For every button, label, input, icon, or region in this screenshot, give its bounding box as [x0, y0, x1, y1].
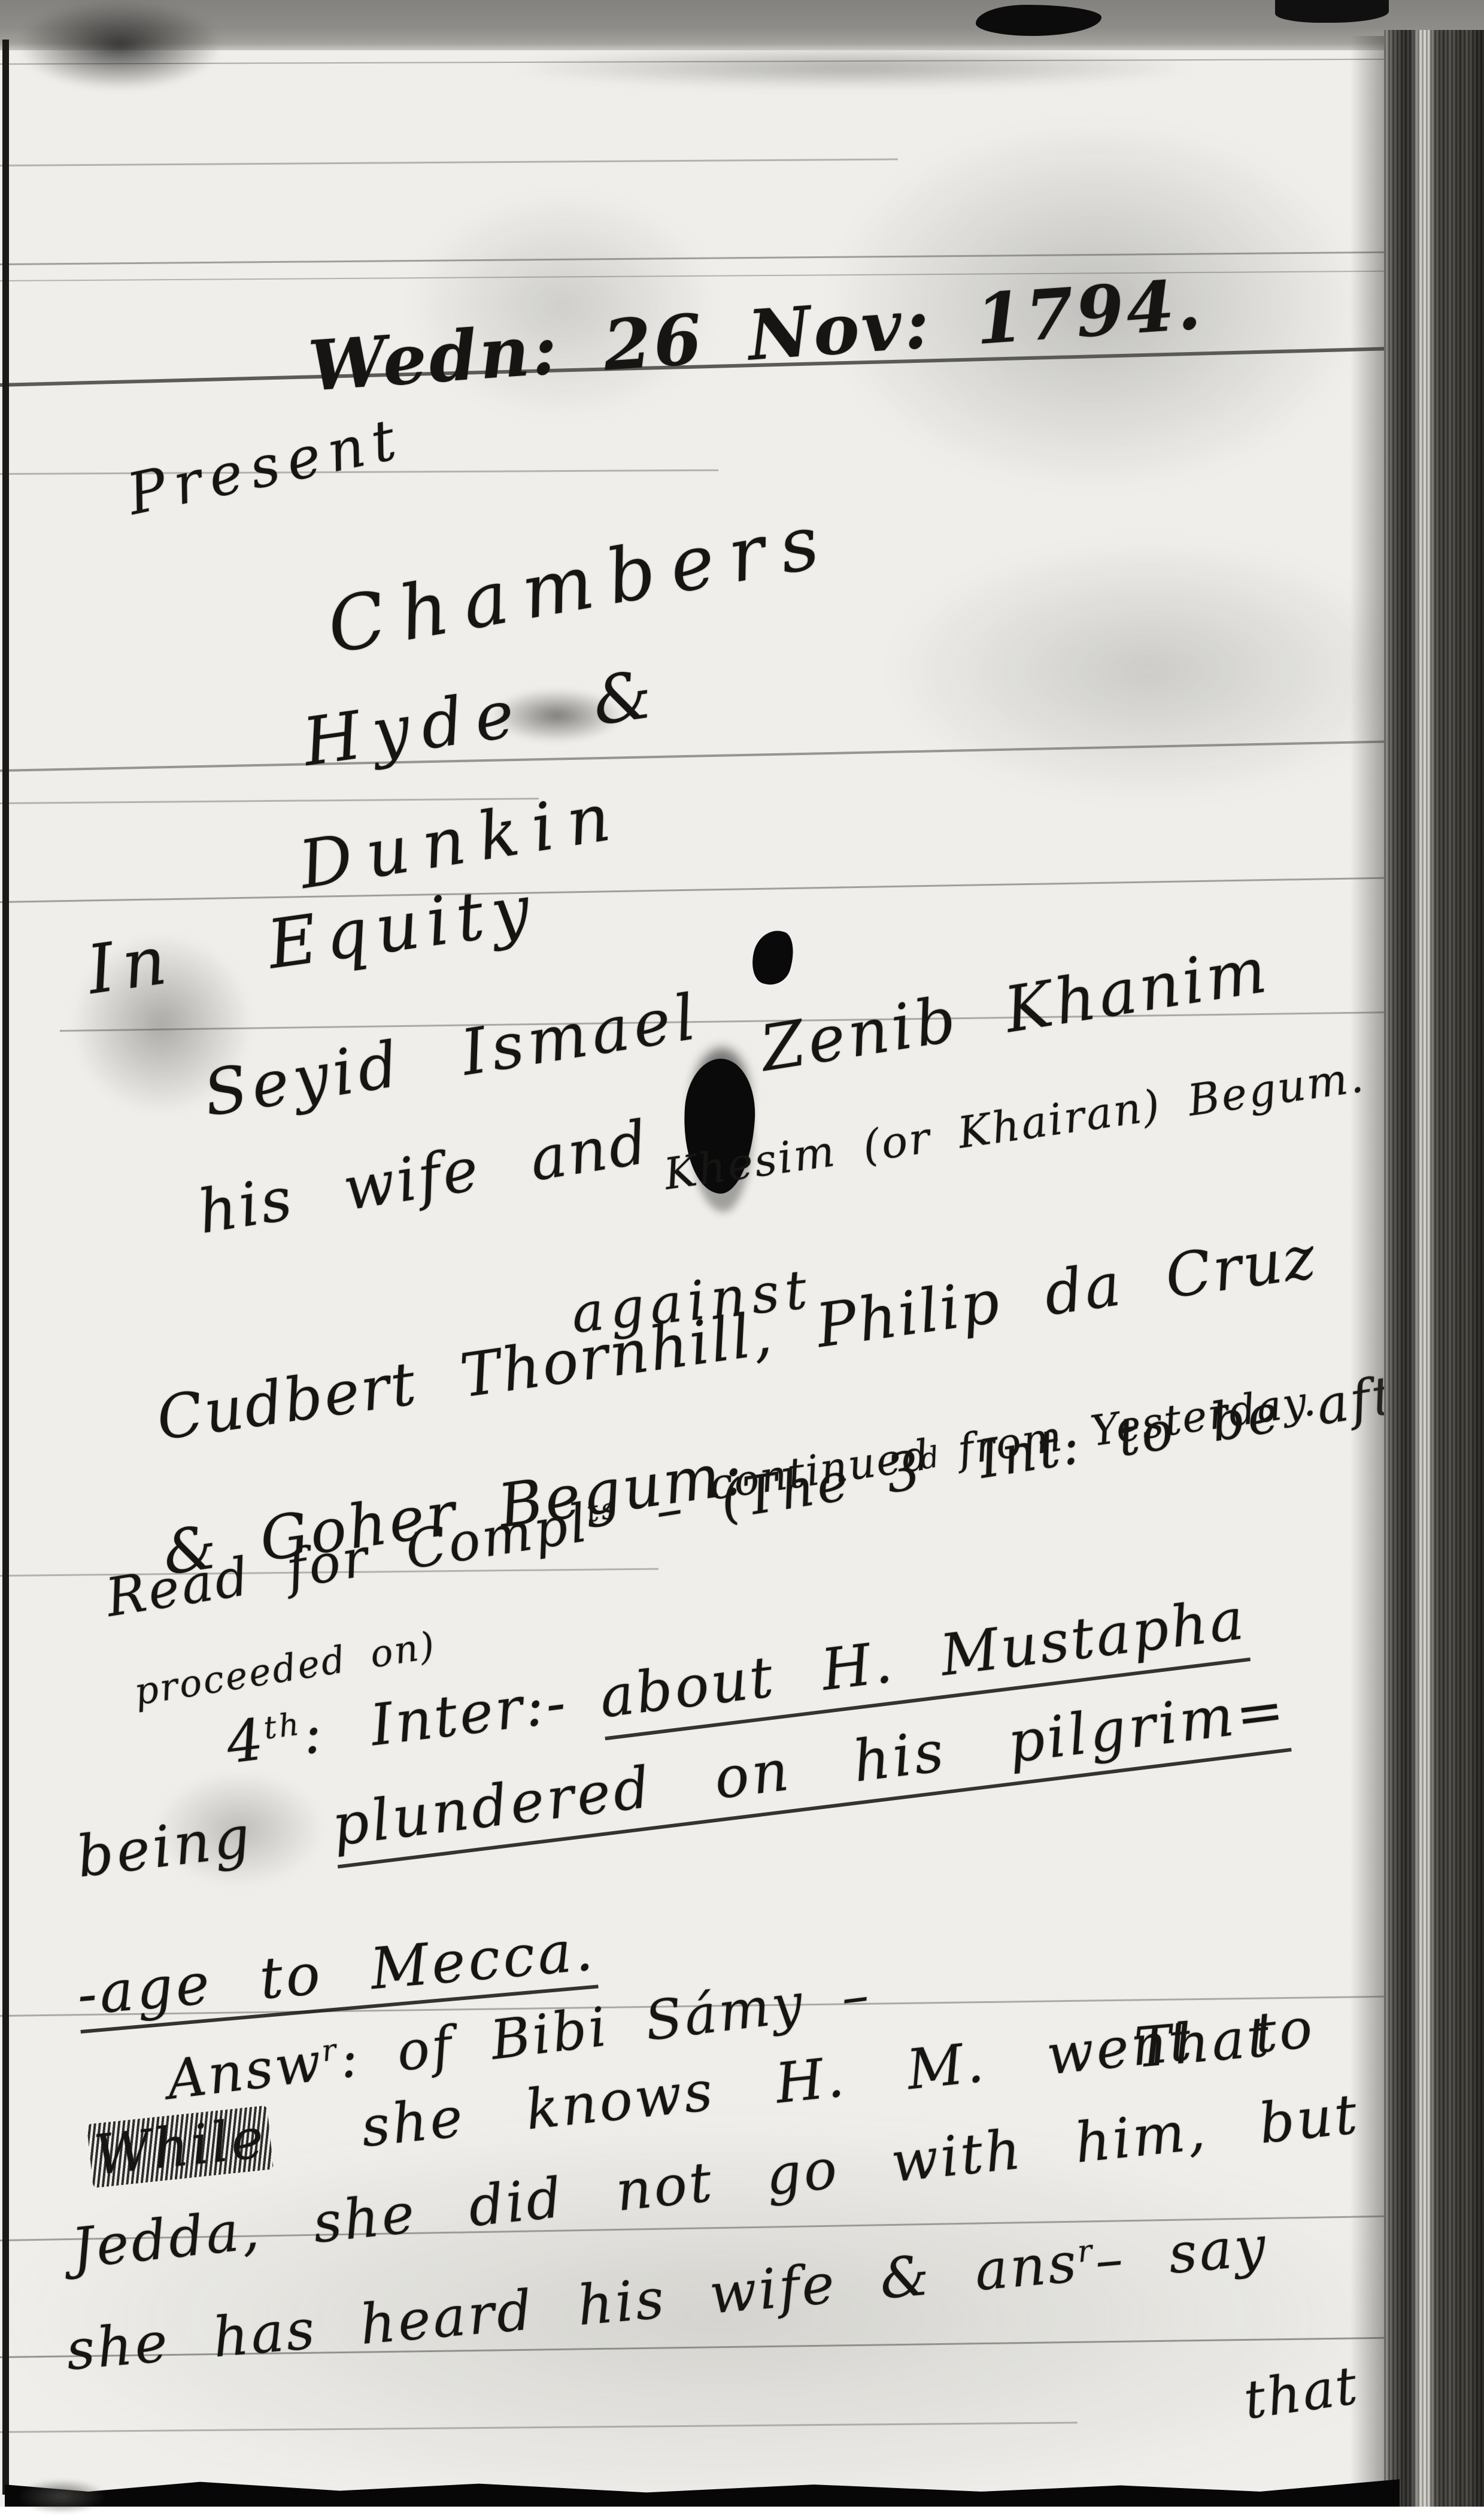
inter-label: : Inter:-: [299, 1669, 572, 1768]
ruled-line: [0, 875, 1484, 903]
plaintiff-name-1: Seyid Ismael: [200, 985, 705, 1126]
catchword: that: [1241, 2359, 1362, 2427]
corner-smudge: [17, 2479, 107, 2514]
plaintiff-relation: his wife and: [194, 1112, 653, 1243]
page-left-edge: [2, 40, 9, 2495]
present-label: Present: [123, 410, 408, 524]
scan-bed: [0, 2507, 1484, 2515]
paper-stain: [509, 47, 1197, 89]
ink-blot-small: [747, 926, 799, 989]
scan-ink-mark: [1275, 0, 1389, 23]
plaintiff-name-2: Zenib Khanim: [757, 938, 1274, 1081]
binding-shadow: [1350, 36, 1386, 2515]
read-sup-1: ts: [584, 1491, 620, 1529]
manuscript-page-scan: Wedn: 26 Nov: 1794. Present Chambers Hyd…: [0, 0, 1484, 2515]
scan-smudge: [18, 0, 221, 90]
scan-top-band: [0, 0, 1484, 50]
paper-stain: [886, 539, 1413, 802]
judge-chambers: Chambers: [322, 502, 839, 665]
book-binding-edge: [1384, 30, 1484, 2515]
answer-abbrev: Answ: [163, 2031, 327, 2112]
scan-ink-mark: [976, 5, 1101, 36]
inter-sup: th: [262, 1707, 304, 1747]
ruled-line: [0, 159, 898, 166]
